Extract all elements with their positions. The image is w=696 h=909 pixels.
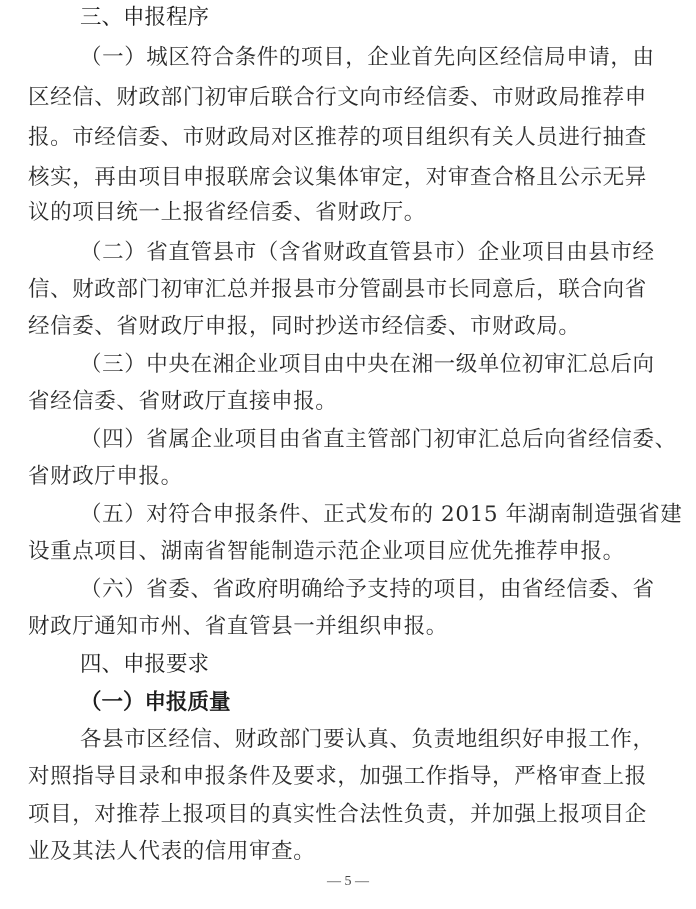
paragraph-line: 经信委、省财政厅申报，同时抄送市经信委、市财政局。 <box>28 312 632 342</box>
paragraph-line: （六）省委、省政府明确给予支持的项目，由省经信委、省 <box>80 575 632 605</box>
paragraph-line: 设重点项目、湖南省智能制造示范企业项目应优先推荐申报。 <box>28 537 632 567</box>
paragraph-line: 财政厅通知市州、省直管县一并组织申报。 <box>28 612 632 642</box>
section-heading-procedure: 三、申报程序 <box>80 3 632 33</box>
paragraph-line: 核实，再由项目申报联席会议集体审定，对审查合格且公示无异 <box>28 163 632 193</box>
paragraph-line: 业及其法人代表的信用审查。 <box>28 837 632 867</box>
paragraph-line: 项目，对推荐上报项目的真实性合法性负责，并加强上报项目企 <box>28 800 632 830</box>
paragraph-line: 省经信委、省财政厅直接申报。 <box>28 387 632 417</box>
paragraph-line: 对照指导目录和申报条件及要求，加强工作指导，严格审查上报 <box>28 762 632 792</box>
paragraph-line: （四）省属企业项目由省直主管部门初审汇总后向省经信委、 <box>80 425 632 455</box>
paragraph-line: 报。市经信委、市财政局对区推荐的项目组织有关人员进行抽查 <box>28 123 632 153</box>
paragraph-line: （三）中央在湘企业项目由中央在湘一级单位初审汇总后向 <box>80 350 632 380</box>
paragraph-line: 信、财政部门初审汇总并报县市分管副县市长同意后，联合向省 <box>28 275 632 305</box>
paragraph-line: 各县市区经信、财政部门要认真、负责地组织好申报工作， <box>80 725 632 755</box>
subsection-heading-quality: （一）申报质量 <box>80 688 632 718</box>
paragraph-line: （五）对符合申报条件、正式发布的 2015 年湖南制造强省建 <box>80 500 632 530</box>
paragraph-line: （一）城区符合条件的项目，企业首先向区经信局申请，由 <box>80 43 632 73</box>
section-heading-requirements: 四、申报要求 <box>80 650 632 680</box>
paragraph-line: 区经信、财政部门初审后联合行文向市经信委、市财政局推荐申 <box>28 83 632 113</box>
paragraph-line: 省财政厅申报。 <box>28 462 632 492</box>
page-number: — 5 — <box>0 874 696 890</box>
paragraph-line: 议的项目统一上报省经信委、省财政厅。 <box>28 198 632 228</box>
paragraph-line: （二）省直管县市（含省财政直管县市）企业项目由县市经 <box>80 238 632 268</box>
